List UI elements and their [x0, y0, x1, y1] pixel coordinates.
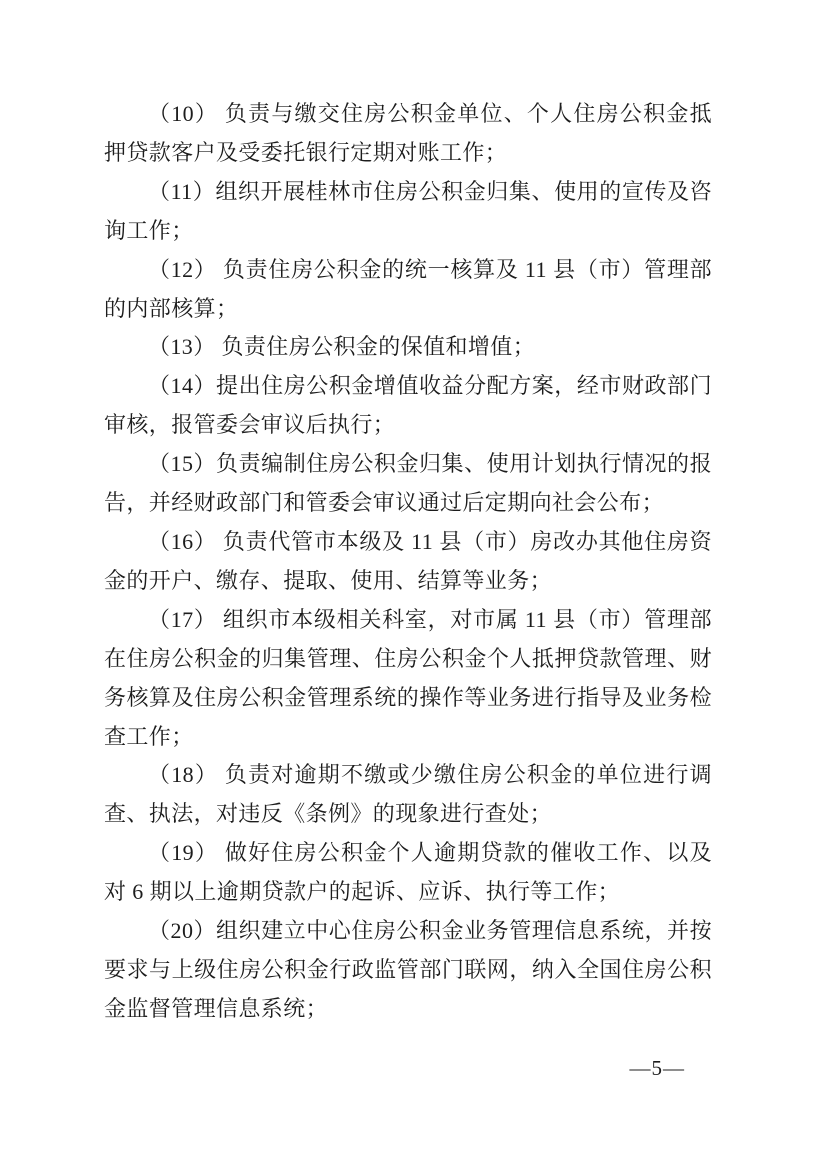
clause-14: （14）提出住房公积金增值收益分配方案，经市财政部门审核，报管委会审议后执行；: [104, 367, 712, 445]
clause-17: （17） 组织市本级相关科室，对市属 11 县（市）管理部在住房公积金的归集管理…: [104, 601, 712, 757]
clause-15: （15）负责编制住房公积金归集、使用计划执行情况的报告，并经财政部门和管委会审议…: [104, 445, 712, 523]
clause-18: （18） 负责对逾期不缴或少缴住房公积金的单位进行调查、执法，对违反《条例》的现…: [104, 756, 712, 834]
clause-20: （20）组织建立中心住房公积金业务管理信息系统，并按要求与上级住房公积金行政监管…: [104, 912, 712, 1029]
clause-13: （13） 负责住房公积金的保值和增值；: [104, 328, 712, 367]
clause-19: （19） 做好住房公积金个人逾期贷款的催收工作、以及对 6 期以上逾期贷款户的起…: [104, 834, 712, 912]
clause-11: （11）组织开展桂林市住房公积金归集、使用的宣传及咨询工作；: [104, 173, 712, 251]
clause-16: （16） 负责代管市本级及 11 县（市）房改办其他住房资金的开户、缴存、提取、…: [104, 523, 712, 601]
document-body: （10） 负责与缴交住房公积金单位、个人住房公积金抵押贷款客户及受委托银行定期对…: [104, 95, 712, 1029]
clause-10: （10） 负责与缴交住房公积金单位、个人住房公积金抵押贷款客户及受委托银行定期对…: [104, 95, 712, 173]
document-page: （10） 负责与缴交住房公积金单位、个人住房公积金抵押贷款客户及受委托银行定期对…: [0, 0, 826, 1169]
page-number: —5—: [630, 1056, 686, 1081]
clause-12: （12） 负责住房公积金的统一核算及 11 县（市）管理部的内部核算；: [104, 251, 712, 329]
